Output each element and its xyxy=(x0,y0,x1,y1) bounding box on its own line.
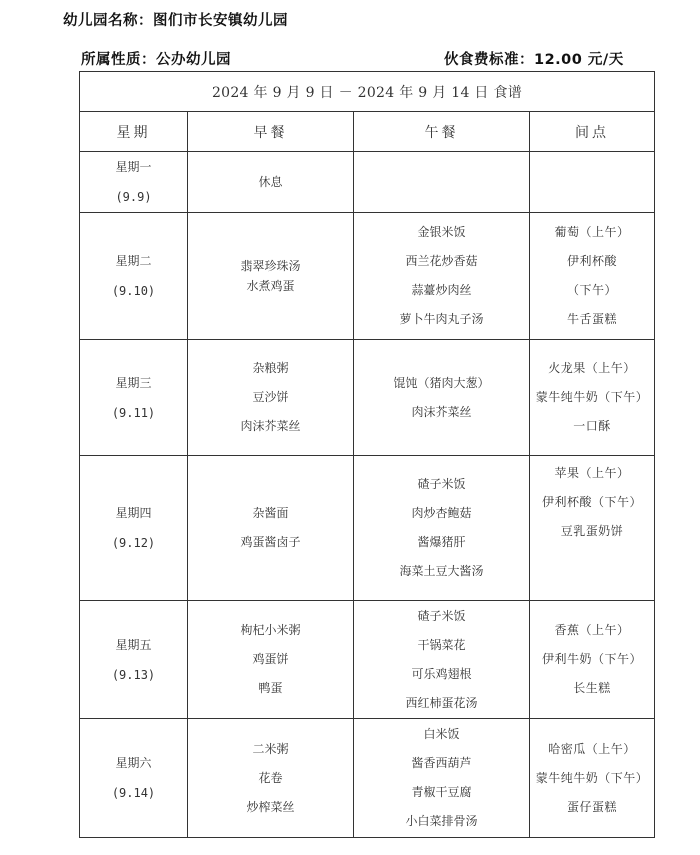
snack-item: 牛舌蛋糕 xyxy=(530,305,654,334)
lunch-item: 肉沫芥菜丝 xyxy=(354,398,529,427)
lunch-item: 干锅菜花 xyxy=(354,631,529,660)
day-date: (9.10) xyxy=(80,276,187,306)
day-cell: 星期三 (9.11) xyxy=(80,340,188,456)
breakfast-cell: 杂粮粥 豆沙饼 肉沫芥菜丝 xyxy=(188,340,354,456)
table-row-monday: 星期一 (9.9) 休息 xyxy=(80,152,655,213)
breakfast-item: 花卷 xyxy=(188,764,353,793)
day-name: 星期二 xyxy=(80,246,187,276)
lunch-cell: 碴子米饭 肉炒杏鲍菇 酱爆猪肝 海菜土豆大酱汤 xyxy=(354,456,530,601)
fee-line: 伙食费标准：12.00 元/天 xyxy=(444,48,624,69)
snack-item: 伊利牛奶（下午） xyxy=(530,645,654,674)
lunch-item: 馄饨（猪肉大葱） xyxy=(354,369,529,398)
day-name: 星期六 xyxy=(80,748,187,778)
breakfast-cell: 翡翠珍珠汤 水煮鸡蛋 xyxy=(188,213,354,340)
day-cell: 星期四 (9.12) xyxy=(80,456,188,601)
breakfast-item: 炒榨菜丝 xyxy=(188,793,353,822)
lunch-item: 金银米饭 xyxy=(354,218,529,247)
snack-item: 伊利杯酸（下午） xyxy=(530,488,654,517)
breakfast-item: 鸭蛋 xyxy=(188,674,353,703)
fee-value: 12.00 元/天 xyxy=(534,52,624,68)
table-header-row: 星期 早餐 午餐 间点 xyxy=(80,112,655,152)
table-row-wednesday: 星期三 (9.11) 杂粮粥 豆沙饼 肉沫芥菜丝 馄饨（猪肉大葱） 肉沫芥菜丝 … xyxy=(80,340,655,456)
lunch-cell: 馄饨（猪肉大葱） 肉沫芥菜丝 xyxy=(354,340,530,456)
ownership-line: 所属性质：公办幼儿园 xyxy=(81,48,231,69)
lunch-item: 海菜土豆大酱汤 xyxy=(354,557,529,586)
kindergarten-name: 图们市长安镇幼儿园 xyxy=(153,13,288,29)
snack-cell: 葡萄（上午） 伊利杯酸 （下午） 牛舌蛋糕 xyxy=(530,213,655,340)
fee-label: 伙食费标准： xyxy=(444,52,534,68)
breakfast-item: 豆沙饼 xyxy=(188,383,353,412)
snack-cell: 香蕉（上午） 伊利牛奶（下午） 长生糕 xyxy=(530,601,655,719)
kindergarten-name-line: 幼儿园名称：图们市长安镇幼儿园 xyxy=(63,9,288,30)
ownership-value: 公办幼儿园 xyxy=(156,52,231,68)
day-date: (9.9) xyxy=(80,182,187,212)
snack-item: 豆乳蛋奶饼 xyxy=(530,517,654,546)
snack-item: 香蕉（上午） xyxy=(530,616,654,645)
day-name: 星期一 xyxy=(80,152,187,182)
snack-item: 一口酥 xyxy=(530,412,654,441)
breakfast-cell: 杂酱面 鸡蛋酱卤子 xyxy=(188,456,354,601)
snack-item: （下午） xyxy=(530,276,654,305)
table-row-friday: 星期五 (9.13) 枸杞小米粥 鸡蛋饼 鸭蛋 碴子米饭 干锅菜花 可乐鸡翅根 … xyxy=(80,601,655,719)
snack-cell: 哈密瓜（上午） 蒙牛纯牛奶（下午） 蛋仔蛋糕 xyxy=(530,719,655,838)
lunch-item: 酱爆猪肝 xyxy=(354,528,529,557)
snack-item: 哈密瓜（上午） xyxy=(530,735,654,764)
day-name: 星期五 xyxy=(80,630,187,660)
snack-item: 蒙牛纯牛奶（下午） xyxy=(530,764,654,793)
column-header-lunch: 午餐 xyxy=(354,112,530,152)
breakfast-cell: 枸杞小米粥 鸡蛋饼 鸭蛋 xyxy=(188,601,354,719)
breakfast-item: 枸杞小米粥 xyxy=(188,616,353,645)
snack-item: 苹果（上午） xyxy=(530,459,654,488)
snack-cell: 苹果（上午） 伊利杯酸（下午） 豆乳蛋奶饼 xyxy=(530,456,655,601)
lunch-item: 西兰花炒香菇 xyxy=(354,247,529,276)
breakfast-item: 杂粮粥 xyxy=(188,354,353,383)
day-date: (9.11) xyxy=(80,398,187,428)
breakfast-item: 鸡蛋酱卤子 xyxy=(188,528,353,557)
column-header-day: 星期 xyxy=(80,112,188,152)
column-header-breakfast: 早餐 xyxy=(188,112,354,152)
snack-item: 长生糕 xyxy=(530,674,654,703)
menu-title: 2024 年 9 月 9 日 － 2024 年 9 月 14 日 食谱 xyxy=(80,72,655,112)
lunch-item: 碴子米饭 xyxy=(354,470,529,499)
lunch-cell: 碴子米饭 干锅菜花 可乐鸡翅根 西红柿蛋花汤 xyxy=(354,601,530,719)
breakfast-item: 肉沫芥菜丝 xyxy=(188,412,353,441)
lunch-item: 可乐鸡翅根 xyxy=(354,660,529,689)
column-header-snack: 间点 xyxy=(530,112,655,152)
lunch-item: 碴子米饭 xyxy=(354,602,529,631)
breakfast-cell: 二米粥 花卷 炒榨菜丝 xyxy=(188,719,354,838)
day-date: (9.13) xyxy=(80,660,187,690)
day-date: (9.12) xyxy=(80,528,187,558)
lunch-item: 西红柿蛋花汤 xyxy=(354,689,529,718)
day-date: (9.14) xyxy=(80,778,187,808)
lunch-item: 青椒干豆腐 xyxy=(354,778,529,807)
day-name: 星期四 xyxy=(80,498,187,528)
breakfast-cell: 休息 xyxy=(188,152,354,213)
breakfast-item: 翡翠珍珠汤 xyxy=(188,256,353,276)
breakfast-item: 二米粥 xyxy=(188,735,353,764)
breakfast-item: 杂酱面 xyxy=(188,499,353,528)
lunch-item: 白米饭 xyxy=(354,720,529,749)
lunch-cell: 金银米饭 西兰花炒香菇 蒜薹炒肉丝 萝卜牛肉丸子汤 xyxy=(354,213,530,340)
snack-cell: 火龙果（上午） 蒙牛纯牛奶（下午） 一口酥 xyxy=(530,340,655,456)
day-name: 星期三 xyxy=(80,368,187,398)
table-row-tuesday: 星期二 (9.10) 翡翠珍珠汤 水煮鸡蛋 金银米饭 西兰花炒香菇 蒜薹炒肉丝 … xyxy=(80,213,655,340)
snack-item: 蒙牛纯牛奶（下午） xyxy=(530,383,654,412)
lunch-item: 酱香西葫芦 xyxy=(354,749,529,778)
snack-item: 伊利杯酸 xyxy=(530,247,654,276)
table-title-row: 2024 年 9 月 9 日 － 2024 年 9 月 14 日 食谱 xyxy=(80,72,655,112)
lunch-item: 肉炒杏鲍菇 xyxy=(354,499,529,528)
breakfast-item: 休息 xyxy=(188,168,353,197)
table-row-thursday: 星期四 (9.12) 杂酱面 鸡蛋酱卤子 碴子米饭 肉炒杏鲍菇 酱爆猪肝 海菜土… xyxy=(80,456,655,601)
lunch-item: 萝卜牛肉丸子汤 xyxy=(354,305,529,334)
lunch-cell xyxy=(354,152,530,213)
day-cell: 星期五 (9.13) xyxy=(80,601,188,719)
day-cell: 星期二 (9.10) xyxy=(80,213,188,340)
ownership-label: 所属性质： xyxy=(81,52,156,68)
lunch-cell: 白米饭 酱香西葫芦 青椒干豆腐 小白菜排骨汤 xyxy=(354,719,530,838)
snack-item: 蛋仔蛋糕 xyxy=(530,793,654,822)
day-cell: 星期一 (9.9) xyxy=(80,152,188,213)
snack-item: 火龙果（上午） xyxy=(530,354,654,383)
breakfast-item: 水煮鸡蛋 xyxy=(188,276,353,296)
weekly-menu-table: 2024 年 9 月 9 日 － 2024 年 9 月 14 日 食谱 星期 早… xyxy=(79,71,655,838)
table-row-saturday: 星期六 (9.14) 二米粥 花卷 炒榨菜丝 白米饭 酱香西葫芦 青椒干豆腐 小… xyxy=(80,719,655,838)
snack-cell xyxy=(530,152,655,213)
kindergarten-name-label: 幼儿园名称： xyxy=(63,13,153,29)
day-cell: 星期六 (9.14) xyxy=(80,719,188,838)
lunch-item: 蒜薹炒肉丝 xyxy=(354,276,529,305)
snack-item: 葡萄（上午） xyxy=(530,218,654,247)
lunch-item: 小白菜排骨汤 xyxy=(354,807,529,836)
breakfast-item: 鸡蛋饼 xyxy=(188,645,353,674)
